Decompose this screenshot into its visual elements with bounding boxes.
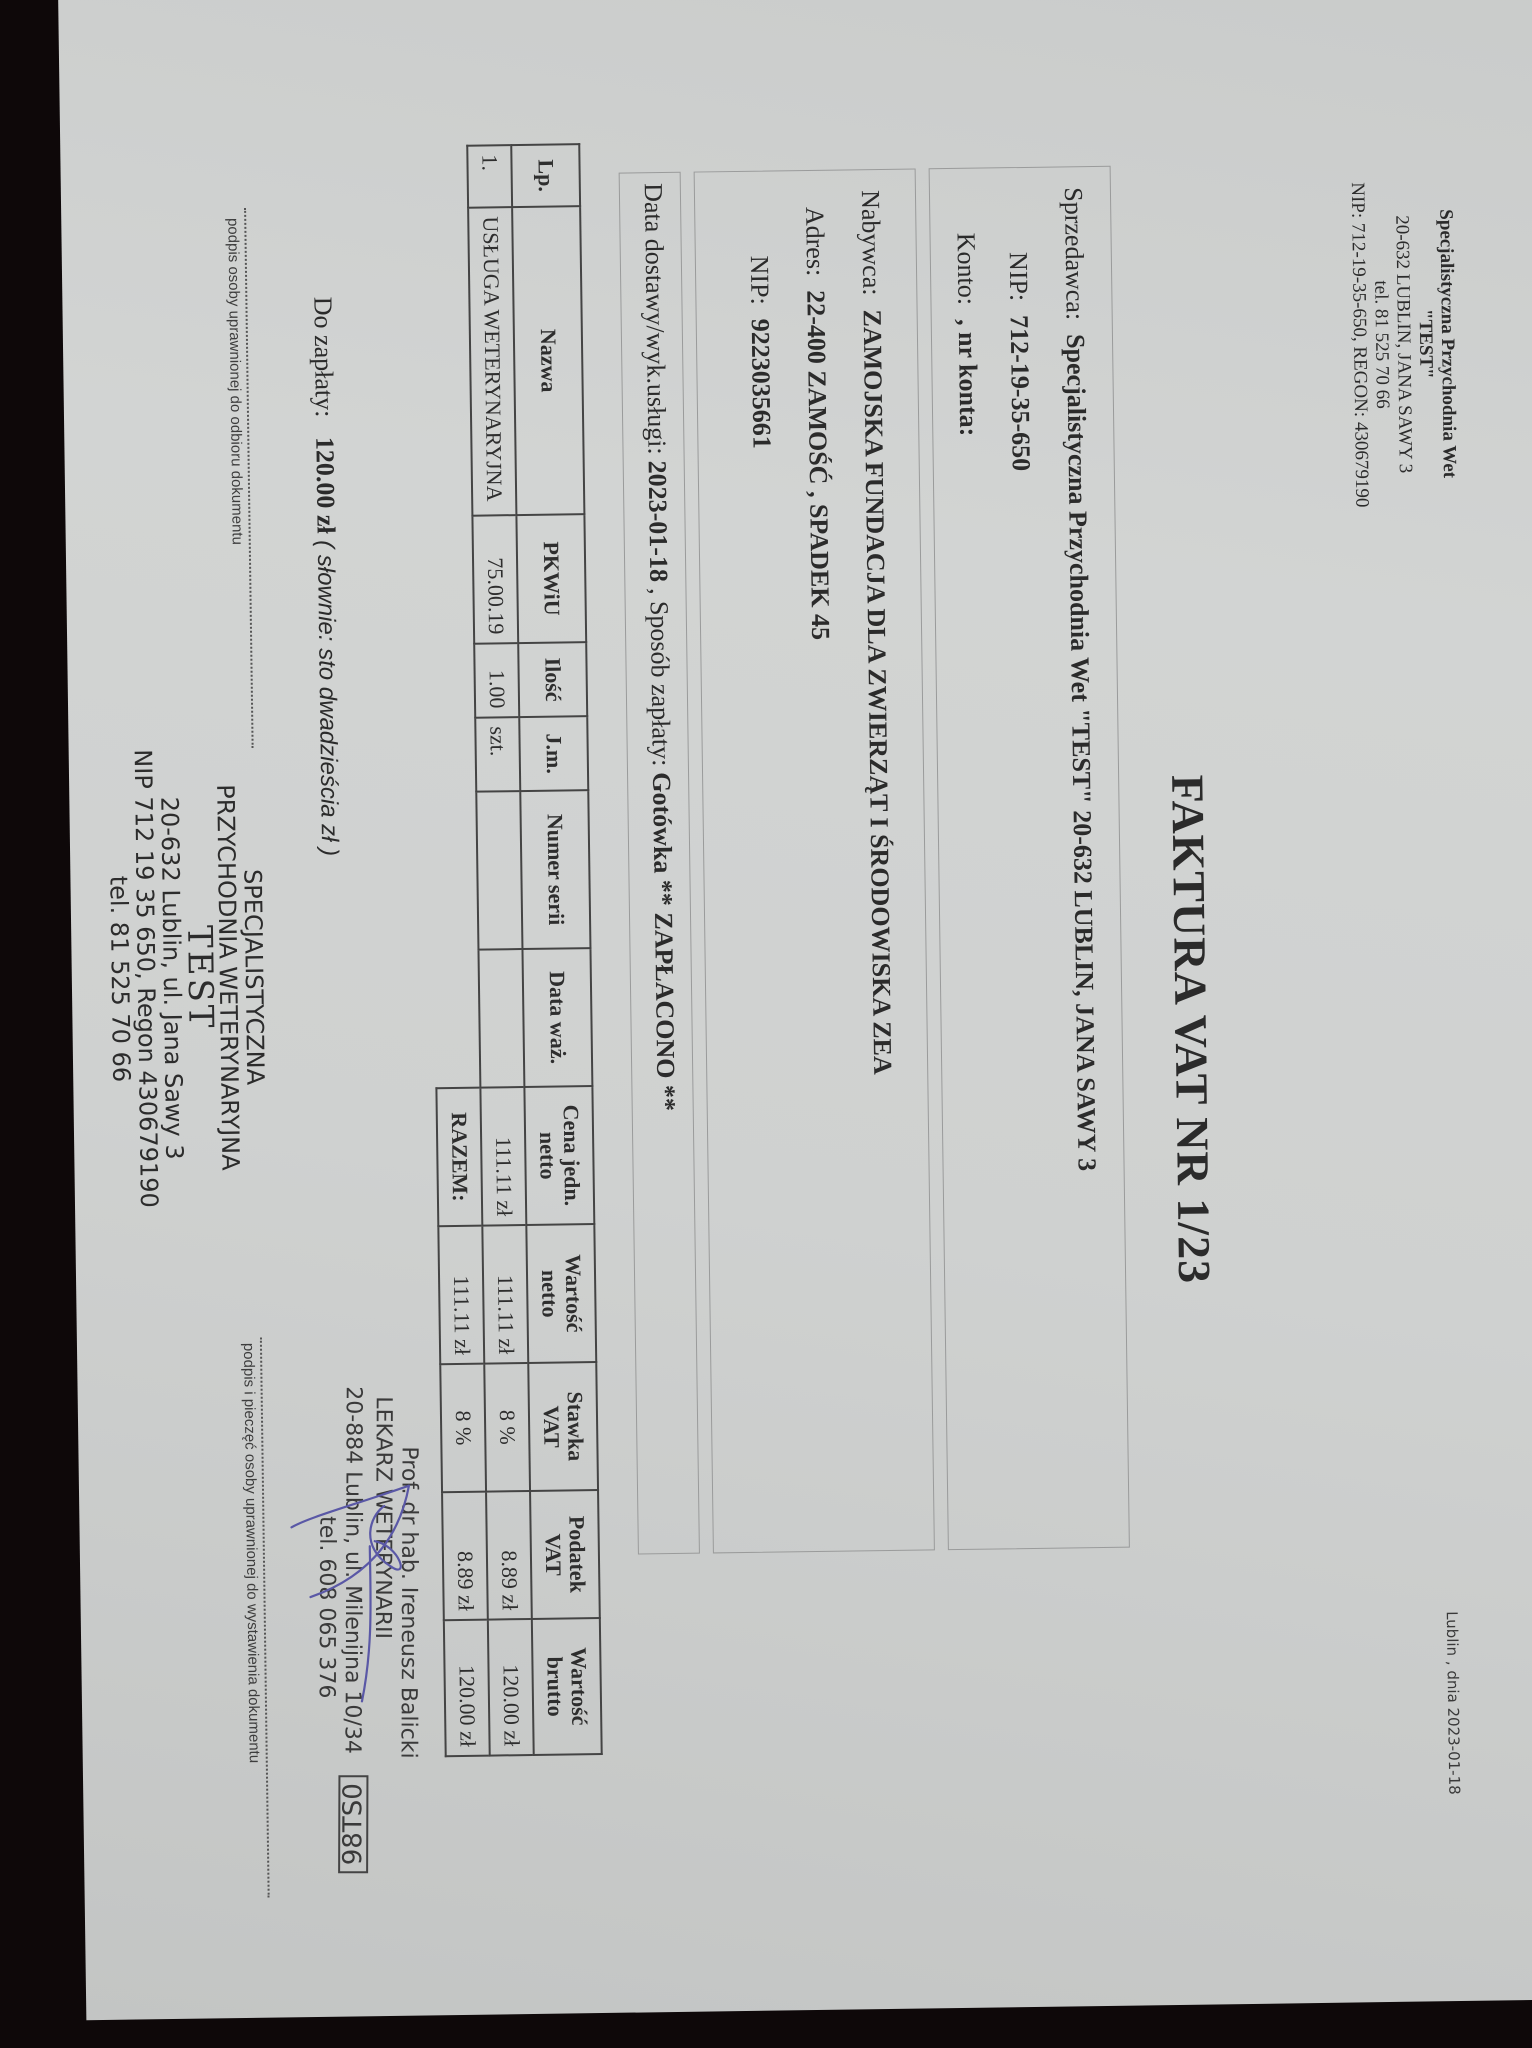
- seller-value: Specjalistyczna Przychodnia Wet "TEST" 2…: [1060, 334, 1102, 1171]
- table-cell: 1.: [467, 145, 512, 208]
- buyer-nip: 9223035661: [745, 319, 777, 449]
- payment-method: Gotówka ** ZAPŁACONO **: [646, 772, 681, 1111]
- handwritten-signature: [288, 1445, 432, 1707]
- receiver-signature-line: [244, 208, 254, 748]
- payment-due-label: Do zapłaty:: [308, 297, 339, 418]
- column-header: Ilość: [518, 642, 587, 717]
- seller-nip: 712-19-35-650: [1004, 315, 1036, 471]
- totals-vat: 8.89 zł: [442, 1492, 488, 1621]
- table-cell: 8.89 zł: [486, 1491, 532, 1620]
- seller-section: Sprzedawca: Specjalistyczna Przychodnia …: [929, 166, 1130, 1550]
- table-cell: 111.11 zł: [480, 1087, 526, 1226]
- seller-header-name: Specjalistyczna Przychodnia Wet: [1434, 181, 1461, 506]
- column-header: Lp.: [511, 144, 580, 207]
- doctor-stamp-code: 98TS0: [338, 1775, 368, 1873]
- table-cell: 111.11 zł: [482, 1225, 528, 1364]
- column-header: Podatek VAT: [530, 1490, 600, 1619]
- payment-due: Do zapłaty: 120.00 zł ( słownie: sto dwa…: [307, 297, 345, 857]
- column-header: J.m.: [519, 716, 588, 791]
- issuer-signature-line: [260, 1338, 270, 1898]
- column-header: Wartość brutto: [532, 1618, 602, 1755]
- totals-label: RAZEM:: [436, 1088, 482, 1227]
- clinic-stamp: SPECJALISTYCZNA PRZYCHODNIA WETERYNARYJN…: [104, 748, 270, 1209]
- table-cell: szt.: [475, 717, 520, 792]
- buyer-value: ZAMOJSKA FUNDACJA DLA ZWIERZĄT I ŚRODOWI…: [857, 309, 898, 1075]
- totals-net: 111.11 zł: [438, 1226, 484, 1365]
- column-header: PKWiU: [516, 514, 586, 643]
- seller-header-ids: NIP: 712-19-35-650, REGON: 430679190: [1346, 182, 1373, 507]
- receiver-signature-label: podpis osoby uprawnionej do odbioru doku…: [224, 218, 246, 545]
- clinic-stamp-line5: NIP 712 19 35 650, Regon 430679190: [130, 749, 162, 1208]
- seller-header-address: 20-632 LUBLIN, JANA SAWY 3: [1390, 182, 1417, 507]
- table-cell: USŁUGA WETERYNARYJNA: [468, 207, 516, 516]
- column-header: Wartość netto: [526, 1224, 596, 1363]
- table-cell: 8 %: [484, 1363, 530, 1492]
- column-header: Numer serii: [520, 790, 590, 949]
- account-label: Konto:: [951, 233, 982, 306]
- buyer-nip-label: NIP:: [744, 255, 775, 305]
- table-cell: 1.00: [474, 643, 519, 718]
- payment-due-words: ( słownie: sto dwadzieścia zł ): [312, 540, 343, 856]
- totals-gross: 120.00 zł: [444, 1620, 490, 1757]
- delivery-label: Data dostawy/wyk.usługi:: [638, 183, 672, 455]
- buyer-address-label: Adres:: [799, 207, 830, 277]
- buyer-address: 22-400 ZAMOŚĆ , SPADEK 45: [800, 290, 835, 640]
- seller-header: Specjalistyczna Przychodnia Wet "TEST" 2…: [1346, 181, 1461, 508]
- table-cell: 75.00.19: [472, 515, 518, 644]
- invoice-paper: Specjalistyczna Przychodnia Wet "TEST" 2…: [58, 0, 1532, 2020]
- buyer-section: Nabywca: ZAMOJSKA FUNDACJA DLA ZWIERZĄT …: [694, 168, 935, 1553]
- seller-nip-label: NIP:: [1003, 252, 1034, 302]
- buyer-label: Nabywca:: [855, 190, 886, 296]
- column-header: Stawka VAT: [528, 1362, 598, 1491]
- totals-rate: 8 %: [440, 1364, 486, 1493]
- column-header: Cena jedn. netto: [524, 1086, 594, 1225]
- delivery-date: 2023-01-18: [642, 460, 674, 582]
- delivery-section: Data dostawy/wyk.usługi: 2023-01-18 , Sp…: [619, 172, 700, 1555]
- photo-stage: Specjalistyczna Przychodnia Wet "TEST" 2…: [0, 0, 1532, 2048]
- seller-label: Sprzedawca:: [1058, 187, 1090, 320]
- table-cell: [478, 949, 524, 1088]
- column-header: Data waż.: [522, 948, 592, 1087]
- invoice-title: FAKTURA VAT NR 1/23: [1161, 774, 1221, 1284]
- account-value: , nr konta:: [952, 319, 984, 437]
- payment-method-label: , Sposób zapłaty:: [643, 588, 675, 767]
- issuer-signature-label: podpis i pieczęć osoby uprawnionej do wy…: [240, 1343, 263, 1763]
- items-table: Lp.NazwaPKWiUIlośćJ.m.Numer seriiData wa…: [422, 143, 602, 1757]
- table-cell: 120.00 zł: [488, 1619, 534, 1756]
- place-date: Lublin , dnia 2023-01-18: [1443, 1611, 1464, 1795]
- table-cell: [476, 791, 522, 950]
- column-header: Nazwa: [512, 206, 584, 515]
- payment-due-amount: 120.00 zł: [310, 437, 340, 534]
